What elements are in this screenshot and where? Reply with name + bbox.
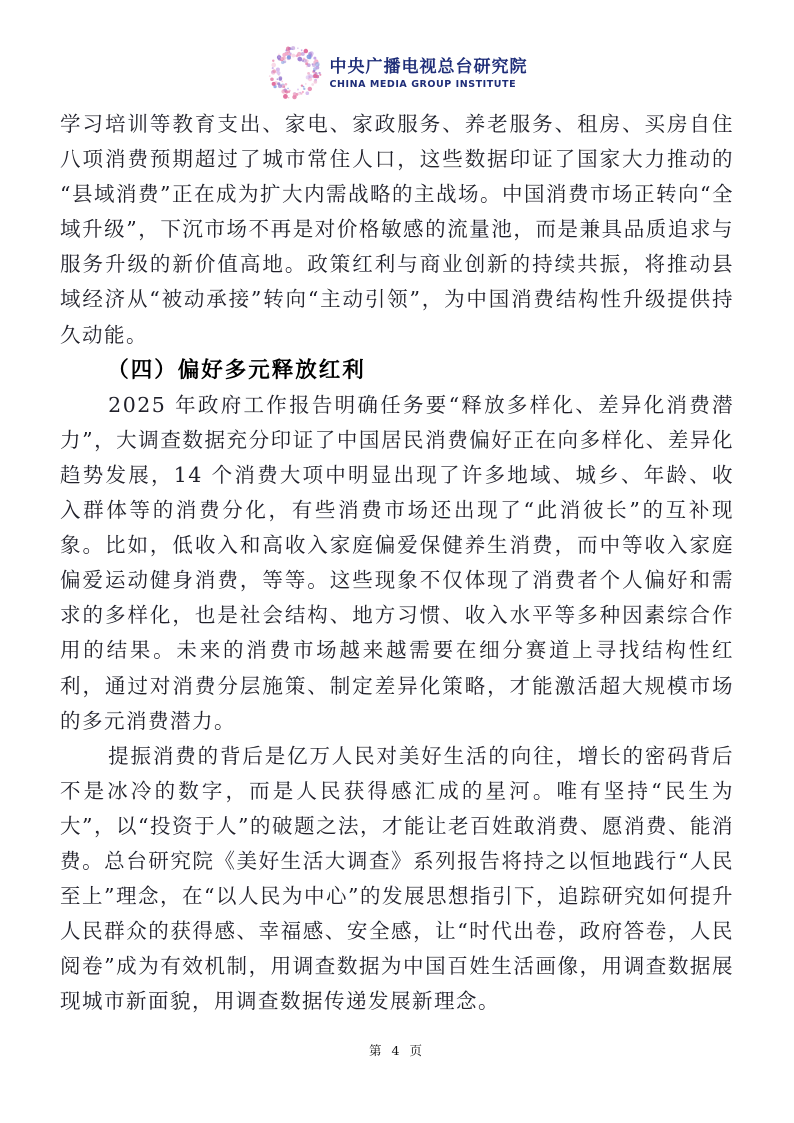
document-page: 中央广播电视总台研究院 CHINA MEDIA GROUP INSTITUTE … <box>0 0 794 1123</box>
cmg-logo-icon <box>267 45 323 101</box>
logo-title-english: CHINA MEDIA GROUP INSTITUTE <box>330 78 528 91</box>
page-footer: 第 4 页 <box>0 1041 794 1059</box>
header-logo: 中央广播电视总台研究院 CHINA MEDIA GROUP INSTITUTE <box>0 0 794 101</box>
page-number: 第 4 页 <box>369 1043 425 1058</box>
logo-title-chinese: 中央广播电视总台研究院 <box>330 56 528 78</box>
paragraph-county-consumption: 学习培训等教育支出、家电、家政服务、养老服务、租房、买房自住八项消费预期超过了城… <box>60 107 734 353</box>
document-body: 学习培训等教育支出、家电、家政服务、养老服务、租房、买房自住八项消费预期超过了城… <box>60 107 734 1019</box>
paragraph-preference-diversity: 2025 年政府工作报告明确任务要“释放多样化、差异化消费潜力”，大调查数据充分… <box>60 388 734 739</box>
section-heading-preference-diversity: （四）偏好多元释放红利 <box>60 353 734 388</box>
paragraph-people-first-closing: 提振消费的背后是亿万人民对美好生活的向往，增长的密码背后不是冰冷的数字，而是人民… <box>60 739 734 1020</box>
logo-title-block: 中央广播电视总台研究院 CHINA MEDIA GROUP INSTITUTE <box>330 56 528 91</box>
